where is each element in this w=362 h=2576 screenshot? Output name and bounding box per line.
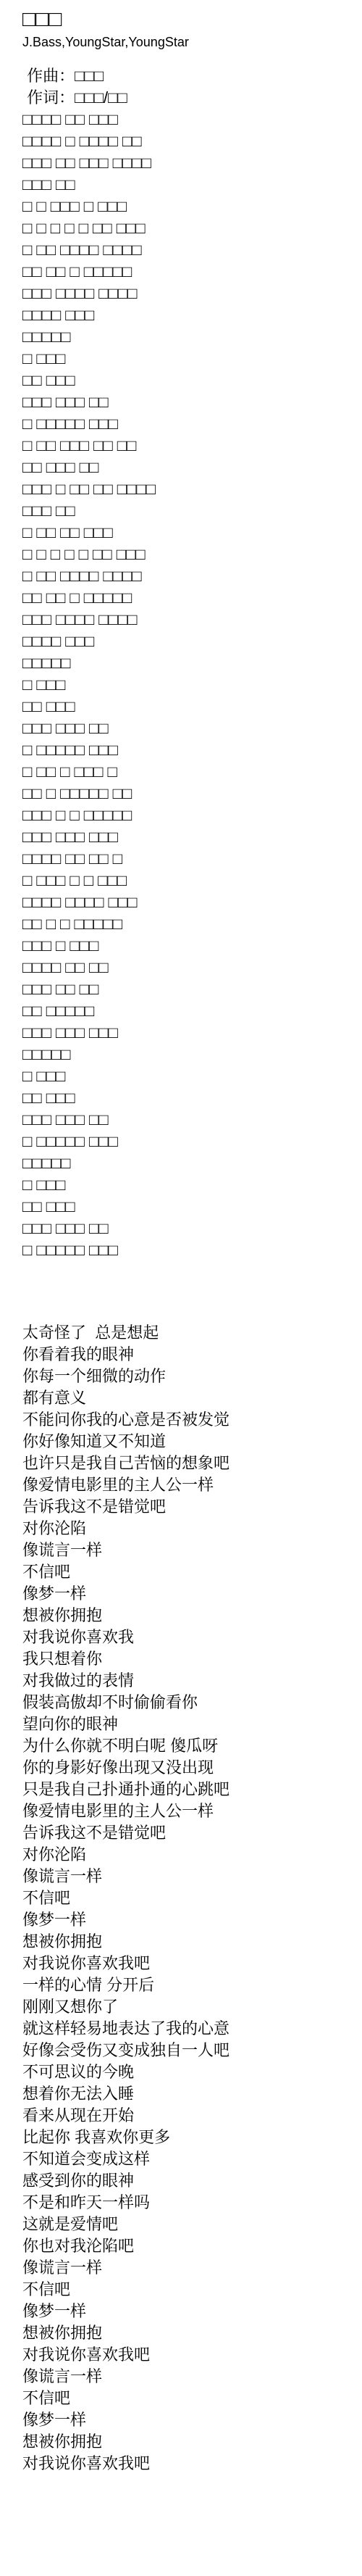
lyric-line-translation: 一样的心情 分开后 (22, 1974, 355, 1996)
lyric-line-translation: 想被你拥抱 (22, 1931, 355, 1953)
lyric-line-original: □ □□□ (22, 1065, 355, 1087)
lyric-line-original: □ □□□ □ □ □□□ (22, 870, 355, 892)
lyric-line-original: □ □ □ □ □ □□ □□□ (22, 217, 355, 239)
lyric-line-original: □□□ □□ □□ (22, 979, 355, 1000)
lyric-line-translation: 像梦一样 (22, 1583, 355, 1605)
lyric-line-original: □□□□□ (22, 1044, 355, 1065)
lyric-line-translation: 想着你无法入睡 (22, 2083, 355, 2105)
lyric-line-translation: 对你沦陷 (22, 1844, 355, 1866)
lyric-line-translation: 都有意义 (22, 1387, 355, 1409)
lyric-line-original: □ □□ □ □□□ □ (22, 761, 355, 783)
lyric-line-original: □□ □□□□□ (22, 1000, 355, 1022)
lyric-line-original: □□□□□ (22, 1152, 355, 1174)
lyric-line-original: □□ □□□ (22, 1087, 355, 1109)
lyric-line-translation: 为什么你就不明白呢 傻瓜呀 (22, 1735, 355, 1757)
lyric-line-translation: 望向你的眼神 (22, 1713, 355, 1735)
lyric-line-original: □ □□□□□ □□□ (22, 1239, 355, 1261)
lyric-line-original: □ □□ □□ □□□ (22, 522, 355, 544)
lyric-line-original: □ □ □□□ □ □□□ (22, 196, 355, 217)
lyric-line-translation: 刚刚又想你了 (22, 1996, 355, 2018)
lyric-line-original: □ □ □ □ □ □□ □□□ (22, 544, 355, 565)
lyric-line-translation: 对我做过的表情 (22, 1670, 355, 1692)
lyrics-original-section: □□□□ □□ □□□□□□□ □ □□□□ □□□□□ □□ □□□ □□□□… (22, 109, 355, 1261)
lyric-line-original: □□□□ □□□ (22, 631, 355, 652)
lyric-line-translation: 像梦一样 (22, 2409, 355, 2431)
lyric-line-original: □□□ □□□□ □□□□ (22, 609, 355, 631)
lyric-line-original: □□□□ □□ □□ □ (22, 848, 355, 870)
lyric-line-original: □ □□□□□ □□□ (22, 413, 355, 435)
lyric-line-original: □□ □ □□□□□ □□ (22, 783, 355, 805)
lyric-line-translation: 也许只是我自己苦恼的想象吧 (22, 1453, 355, 1474)
lyric-line-translation: 你好像知道又不知道 (22, 1431, 355, 1453)
lyric-line-original: □□□ □□□ □□□ (22, 1022, 355, 1044)
lyric-line-original: □□ □□ □ □□□□□ (22, 261, 355, 283)
lyric-line-original: □□□ □ □ □□□□□ (22, 805, 355, 826)
lyric-line-translation: 像梦一样 (22, 2301, 355, 2322)
lyric-line-original: □□□ □□ □□□ □□□□ (22, 152, 355, 174)
lyric-line-translation: 不信吧 (22, 1887, 355, 1909)
lyric-line-original: □□□ □□□ □□ (22, 718, 355, 739)
lyric-line-translation: 比起你 我喜欢你更多 (22, 2127, 355, 2148)
lyrics-translation-section: 太奇怪了 总是想起你看着我的眼神你每一个细微的动作都有意义不能问你我的心意是否被… (22, 1322, 355, 2475)
lyric-line-original: □□□□ □ □□□□ □□ (22, 130, 355, 152)
lyric-line-translation: 像谎言一样 (22, 2366, 355, 2388)
lyric-line-translation: 不信吧 (22, 2388, 355, 2409)
lyric-line-translation: 像谎言一样 (22, 2257, 355, 2279)
lyric-line-translation: 你也对我沦陷吧 (22, 2235, 355, 2257)
lyric-line-translation: 这就是爱情吧 (22, 2214, 355, 2235)
lyric-line-translation: 你每一个细微的动作 (22, 1366, 355, 1387)
lyric-line-translation: 只是我自己扑通扑通的心跳吧 (22, 1779, 355, 1800)
lyric-line-translation: 想被你拥抱 (22, 2322, 355, 2344)
lyric-line-translation: 像爱情电影里的主人公一样 (22, 1474, 355, 1496)
lyric-line-translation: 像梦一样 (22, 1909, 355, 1931)
lyric-line-translation: 想被你拥抱 (22, 1605, 355, 1626)
lyric-line-translation: 不可思议的今晚 (22, 2061, 355, 2083)
lyric-line-translation: 不知道会变成这样 (22, 2148, 355, 2170)
lyric-line-translation: 好像会受伤又变成独自一人吧 (22, 2040, 355, 2061)
lyric-line-original: □□ □□□ (22, 370, 355, 391)
credits-block: 作曲：□□□ 作词：□□□/□□ (22, 65, 355, 109)
lyric-line-original: □□ □ □ □□□□□ (22, 913, 355, 935)
lyric-line-original: □□□□□ (22, 326, 355, 348)
lyric-line-translation: 不能问你我的心意是否被发觉 (22, 1409, 355, 1431)
lyric-line-original: □□□ □ □□□ (22, 935, 355, 957)
lyric-line-original: □ □□□□□ □□□ (22, 1131, 355, 1152)
lyric-line-translation: 感受到你的眼神 (22, 2170, 355, 2192)
lyrics-page: □□□ J.Bass,YoungStar,YoungStar 作曲：□□□ 作词… (0, 0, 362, 2576)
lyric-line-translation: 像爱情电影里的主人公一样 (22, 1800, 355, 1822)
lyric-line-translation: 对我说你喜欢我 (22, 1626, 355, 1648)
lyric-line-translation: 你看着我的眼神 (22, 1344, 355, 1366)
artist-names: J.Bass,YoungStar,YoungStar (22, 33, 355, 51)
lyric-line-translation: 对我说你喜欢我吧 (22, 2344, 355, 2366)
lyric-line-original: □□□□ □□□ (22, 304, 355, 326)
lyric-line-original: □□ □□□ (22, 1196, 355, 1218)
lyric-line-translation: 对我说你喜欢我吧 (22, 2453, 355, 2475)
lyric-line-original: □□□ □□ (22, 500, 355, 522)
lyric-line-original: □ □□ □□□□ □□□□ (22, 565, 355, 587)
lyric-line-translation: 告诉我这不是错觉吧 (22, 1822, 355, 1844)
lyric-line-original: □ □□ □□□□ □□□□ (22, 239, 355, 261)
lyric-line-translation: 看来从现在开始 (22, 2105, 355, 2127)
lyric-line-original: □ □□ □□□ □□ □□ (22, 435, 355, 457)
lyric-line-original: □ □□□ (22, 348, 355, 370)
lyric-line-original: □ □□□ (22, 674, 355, 696)
lyric-line-original: □□□□ □□□□ □□□ (22, 892, 355, 913)
lyricist-credit: 作词：□□□/□□ (22, 87, 355, 109)
lyric-line-original: □□□ □□□ □□ (22, 1109, 355, 1131)
lyric-line-translation: 对你沦陷 (22, 1518, 355, 1540)
lyric-line-original: □□□ □ □□ □□ □□□□ (22, 478, 355, 500)
lyric-line-original: □□□ □□□ □□ (22, 391, 355, 413)
song-title: □□□ (22, 6, 355, 33)
lyric-line-translation: 就这样轻易地表达了我的心意 (22, 2018, 355, 2040)
lyric-line-translation: 像谎言一样 (22, 1540, 355, 1561)
composer-credit: 作曲：□□□ (22, 65, 355, 87)
lyric-line-original: □□□ □□□□ □□□□ (22, 283, 355, 304)
lyric-line-translation: 不信吧 (22, 2279, 355, 2301)
lyric-line-translation: 对我说你喜欢我吧 (22, 1953, 355, 1974)
lyric-line-translation: 不是和昨天一样吗 (22, 2192, 355, 2214)
lyric-line-original: □□ □□□ □□ (22, 457, 355, 478)
lyric-line-translation: 像谎言一样 (22, 1866, 355, 1887)
lyric-line-original: □ □□□□□ □□□ (22, 739, 355, 761)
lyric-line-original: □□□ □□□ □□ (22, 1218, 355, 1239)
lyric-line-original: □□□□ □□ □□□ (22, 109, 355, 130)
lyric-line-original: □□□ □□□ □□□ (22, 826, 355, 848)
lyric-line-translation: 告诉我这不是错觉吧 (22, 1496, 355, 1518)
lyric-line-translation: 太奇怪了 总是想起 (22, 1322, 355, 1344)
lyric-line-original: □□ □□ □ □□□□□ (22, 587, 355, 609)
lyric-line-translation: 不信吧 (22, 1561, 355, 1583)
lyric-line-original: □ □□□ (22, 1174, 355, 1196)
lyric-line-translation: 我只想着你 (22, 1648, 355, 1670)
lyric-line-original: □□□□ □□ □□ (22, 957, 355, 979)
lyric-line-original: □□ □□□ (22, 696, 355, 718)
section-gap (22, 1261, 355, 1322)
lyric-line-translation: 假装高傲却不时偷偷看你 (22, 1692, 355, 1713)
lyric-line-original: □□□□□ (22, 652, 355, 674)
lyric-line-translation: 想被你拥抱 (22, 2431, 355, 2453)
lyric-line-original: □□□ □□ (22, 174, 355, 196)
lyric-line-translation: 你的身影好像出现又没出现 (22, 1757, 355, 1779)
